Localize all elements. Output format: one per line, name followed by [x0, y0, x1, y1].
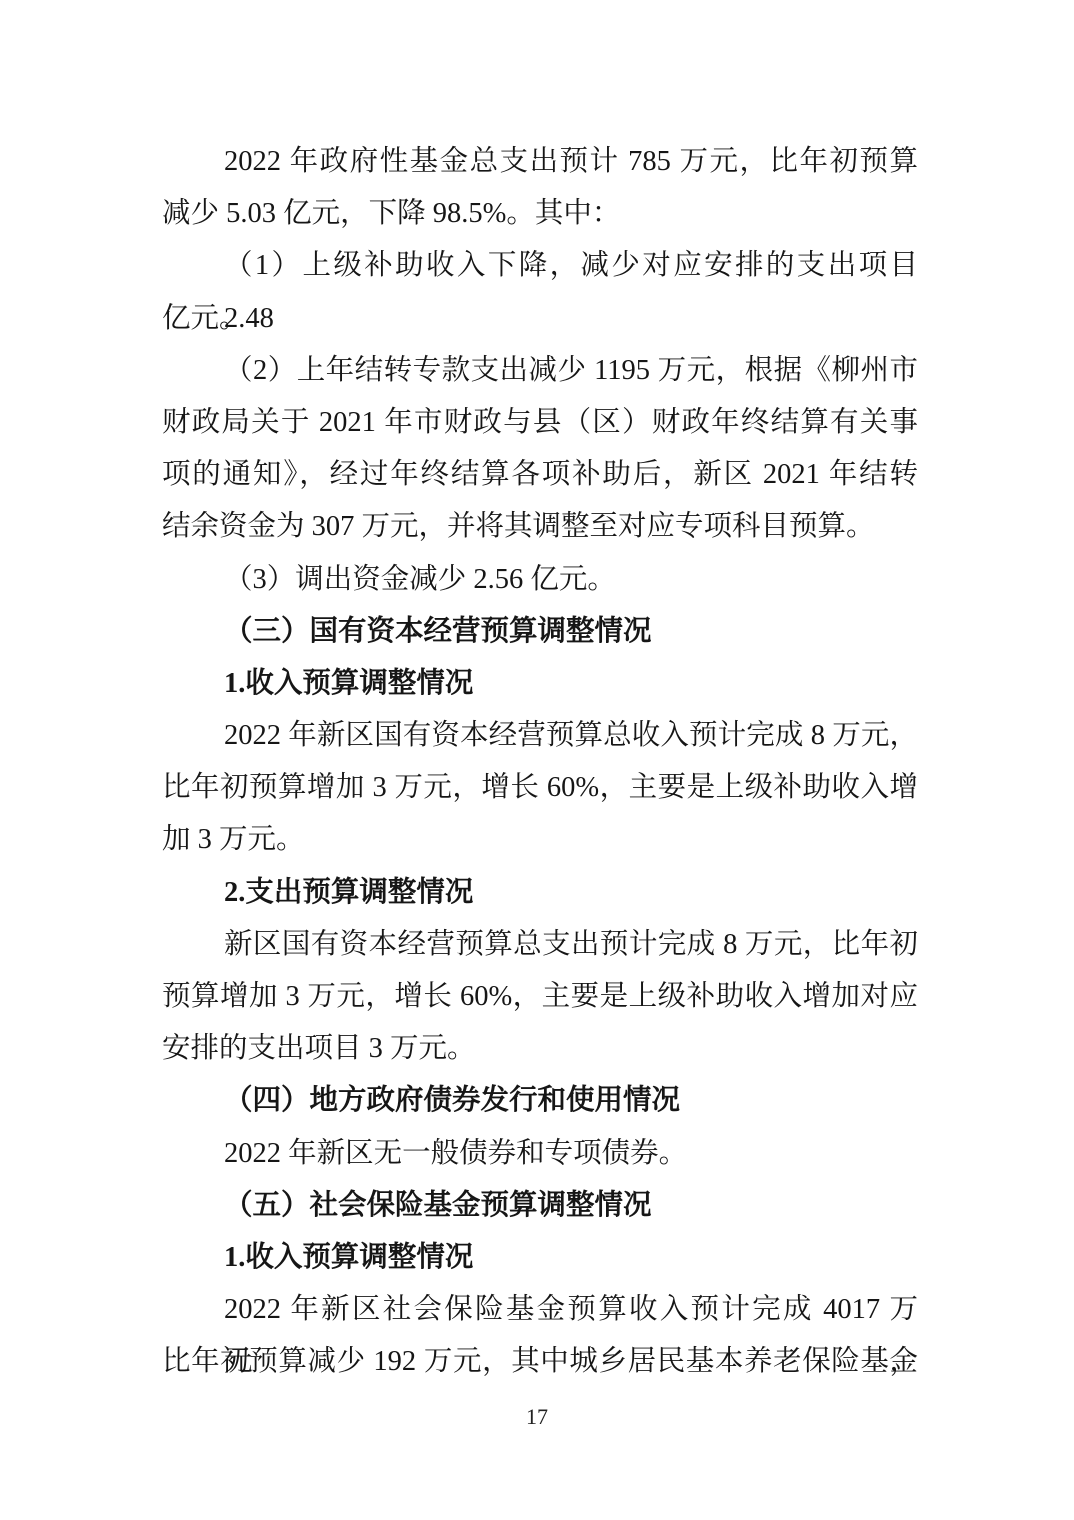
- paragraph-line: 比年初预算减少 192 万元，其中城乡居民基本养老保险基金: [162, 1336, 918, 1388]
- paragraph-line: 项的通知》，经过年终结算各项补助后，新区 2021 年结转: [162, 449, 918, 501]
- paragraph-line: （1）上级补助收入下降，减少对应安排的支出项目 2.48: [162, 240, 918, 292]
- section-heading: （四）地方政府债券发行和使用情况: [162, 1075, 918, 1127]
- page-number: 17: [0, 1404, 1074, 1430]
- section-heading: （五）社会保险基金预算调整情况: [162, 1180, 918, 1232]
- paragraph-line: 安排的支出项目 3 万元。: [162, 1023, 918, 1075]
- subsection-heading: 1.收入预算调整情况: [162, 658, 918, 710]
- paragraph-line: 预算增加 3 万元，增长 60%，主要是上级补助收入增加对应: [162, 971, 918, 1023]
- section-heading: （三）国有资本经营预算调整情况: [162, 606, 918, 658]
- subsection-heading: 2.支出预算调整情况: [162, 867, 918, 919]
- paragraph-line: 加 3 万元。: [162, 814, 918, 866]
- paragraph-line: 新区国有资本经营预算总支出预计完成 8 万元，比年初: [162, 919, 918, 971]
- paragraph-line: 结余资金为 307 万元，并将其调整至对应专项科目预算。: [162, 501, 918, 553]
- paragraph-line: （3）调出资金减少 2.56 亿元。: [162, 554, 918, 606]
- paragraph-line: 减少 5.03 亿元，下降 98.5%。其中：: [162, 188, 918, 240]
- paragraph-line: 亿元。: [162, 293, 918, 345]
- paragraph-line: 财政局关于 2021 年市财政与县（区）财政年终结算有关事: [162, 397, 918, 449]
- paragraph-line: 比年初预算增加 3 万元，增长 60%，主要是上级补助收入增: [162, 762, 918, 814]
- paragraph-line: 2022 年政府性基金总支出预计 785 万元，比年初预算: [162, 136, 918, 188]
- paragraph-line: 2022 年新区无一般债券和专项债券。: [162, 1128, 918, 1180]
- paragraph-line: 2022 年新区社会保险基金预算收入预计完成 4017 万元，: [162, 1284, 918, 1336]
- document-page: 2022 年政府性基金总支出预计 785 万元，比年初预算 减少 5.03 亿元…: [0, 0, 1074, 1520]
- paragraph-line: 2022 年新区国有资本经营预算总收入预计完成 8 万元，: [162, 710, 918, 762]
- subsection-heading: 1.收入预算调整情况: [162, 1232, 918, 1284]
- paragraph-line: （2）上年结转专款支出减少 1195 万元，根据《柳州市: [162, 345, 918, 397]
- document-body: 2022 年政府性基金总支出预计 785 万元，比年初预算 减少 5.03 亿元…: [162, 136, 918, 1389]
